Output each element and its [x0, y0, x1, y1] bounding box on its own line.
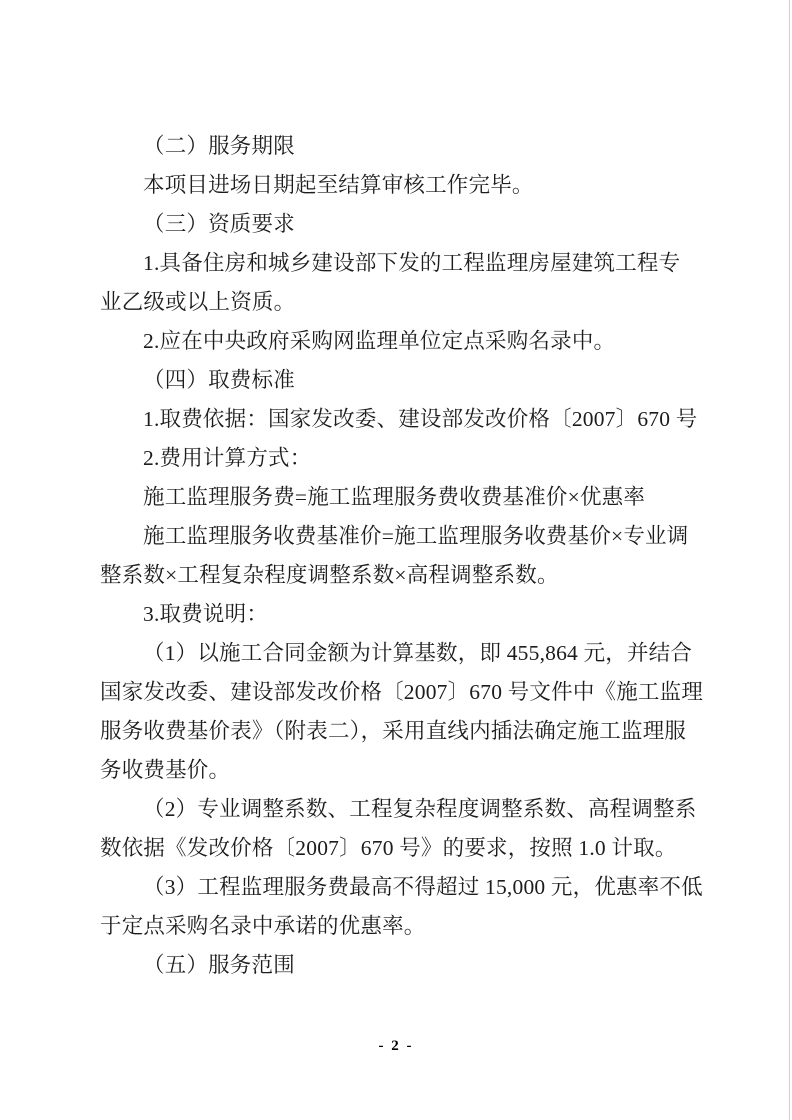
doc-line: 本项目进场日期起至结算审核工作完毕。: [100, 166, 692, 205]
doc-line: 2.费用计算方式：: [100, 439, 692, 478]
doc-line: （2）专业调整系数、工程复杂程度调整系数、高程调整系: [100, 790, 692, 829]
doc-line: （1）以施工合同金额为计算基数，即 455,864 元，并结合: [100, 634, 692, 673]
doc-line: 2.应在中央政府采购网监理单位定点采购名录中。: [100, 322, 692, 361]
formula-line: 施工监理服务费=施工监理服务费收费基准价×优惠率: [100, 478, 692, 517]
doc-line: 服务收费基价表》（附表二），采用直线内插法确定施工监理服: [100, 712, 692, 751]
doc-line: 3.取费说明：: [100, 595, 692, 634]
doc-line: 1.具备住房和城乡建设部下发的工程监理房屋建筑工程专: [100, 244, 692, 283]
formula-line: 整系数×工程复杂程度调整系数×高程调整系数。: [100, 556, 692, 595]
page-number: - 2 -: [0, 1035, 792, 1057]
doc-line: 业乙级或以上资质。: [100, 283, 692, 322]
section-heading: （三）资质要求: [100, 205, 692, 244]
document-body: （二）服务期限 本项目进场日期起至结算审核工作完毕。 （三）资质要求 1.具备住…: [100, 127, 692, 985]
page-edge-line: [789, 0, 790, 1120]
doc-line: （3）工程监理服务费最高不得超过 15,000 元，优惠率不低: [100, 868, 692, 907]
section-heading: （五）服务范围: [100, 946, 692, 985]
doc-line: 数依据《发改价格〔2007〕670 号》的要求，按照 1.0 计取。: [100, 829, 692, 868]
section-heading: （四）取费标准: [100, 361, 692, 400]
doc-line: 国家发改委、建设部发改价格〔2007〕670 号文件中《施工监理: [100, 673, 692, 712]
doc-line: 1.取费依据：国家发改委、建设部发改价格〔2007〕670 号: [100, 400, 692, 439]
doc-line: 于定点采购名录中承诺的优惠率。: [100, 907, 692, 946]
section-heading: （二）服务期限: [100, 127, 692, 166]
formula-line: 施工监理服务收费基准价=施工监理服务收费基价×专业调: [100, 517, 692, 556]
doc-line: 务收费基价。: [100, 751, 692, 790]
document-page: （二）服务期限 本项目进场日期起至结算审核工作完毕。 （三）资质要求 1.具备住…: [0, 0, 792, 1120]
